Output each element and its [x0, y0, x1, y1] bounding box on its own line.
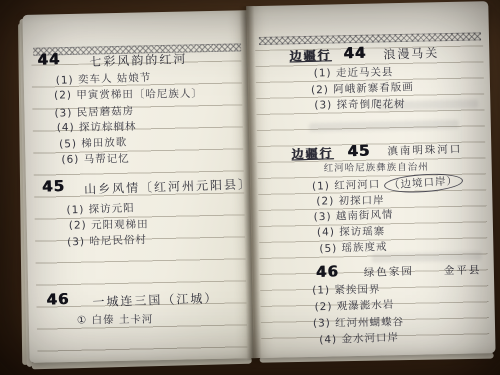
list-item: (1) 探访元阳 [66, 200, 135, 217]
notebook-left-page: 44 七彩风韵的红河 (1) 奕车人 姑娘节 (2) 甲寅赏梯田〔哈尼族人〕 (… [22, 10, 253, 363]
list-item: (3) 越南街风情 [313, 207, 393, 224]
list-item: (1) 紧挨国界 [312, 282, 380, 298]
list-item: (5) 瑶族度戒 [319, 239, 388, 256]
list-item: (3) 红河州蝴蝶谷 [313, 314, 404, 330]
list-item: (2) 观瀑滮水岩 [314, 297, 394, 314]
section-subtitle: 红河哈尼族彝族自治州 [324, 159, 429, 174]
list-item: (3) 探奇倒爬花树 [314, 96, 405, 112]
list-item: (1) 奕车人 姑娘节 [56, 70, 152, 88]
list-item: (4) 探访棕榈林 [57, 119, 137, 135]
list-item: ① 白傣 土卡河 [77, 312, 154, 328]
section-number: 44 [37, 50, 60, 69]
show-through-smudge [371, 251, 481, 262]
list-item: (1) 走近马关县 [314, 65, 394, 81]
list-item-text: (1) 红河河口 [312, 179, 381, 193]
section-number: 46 [316, 262, 339, 281]
ruled-lines [31, 60, 247, 352]
open-notebook: 44 七彩风韵的红河 (1) 奕车人 姑娘节 (2) 甲寅赏梯田〔哈尼族人〕 (… [22, 5, 495, 363]
section-number: 44 [343, 44, 366, 63]
section-number: 45 [347, 142, 370, 161]
section-title: 滇南明珠河口 [387, 141, 462, 158]
notebook-photo: 44 七彩风韵的红河 (1) 奕车人 姑娘节 (2) 甲寅赏梯田〔哈尼族人〕 (… [0, 0, 500, 375]
section-title: 山乡风情〔红河州元阳县〕 [84, 175, 252, 197]
section-title: 绿色家园 [364, 264, 414, 281]
series-label: 边疆行 [289, 46, 332, 64]
list-item: (2) 初探口岸 [316, 193, 384, 209]
list-item: (2) 阿峨新寨看版画 [311, 79, 414, 97]
section-title: 七彩风韵的红河 [89, 50, 188, 70]
list-item: (3) 哈尼民俗村 [67, 232, 147, 249]
section-title: 浪漫马关 [383, 44, 440, 63]
notebook-right-page: 边疆行 44 浪漫马关 (1) 走近马关县 (2) 阿峨新寨看版画 (3) 探奇… [246, 1, 495, 358]
list-item: (6) 马帮记忆 [61, 151, 129, 167]
list-item: (2) 元阳观梯田 [69, 217, 149, 233]
section-title: 一城连三国（江城） [92, 289, 218, 310]
list-item: (2) 甲寅赏梯田〔哈尼族人〕 [54, 86, 203, 103]
list-item: (3) 民居蘑菇房 [54, 103, 134, 120]
section-region: 金平县 [444, 263, 482, 278]
list-item: (4) 金水河口岸 [319, 330, 399, 347]
section-number: 46 [46, 290, 69, 309]
list-item: (1) 红河河口（边境口岸） [312, 173, 464, 196]
section-number: 45 [42, 177, 65, 196]
decorative-border [259, 32, 481, 45]
circled-note: （边境口岸） [384, 172, 464, 195]
list-item: (4) 探访瑶寨 [317, 224, 385, 240]
show-through-smudge [309, 120, 459, 132]
list-item: (5) 梯田放歌 [59, 134, 128, 151]
